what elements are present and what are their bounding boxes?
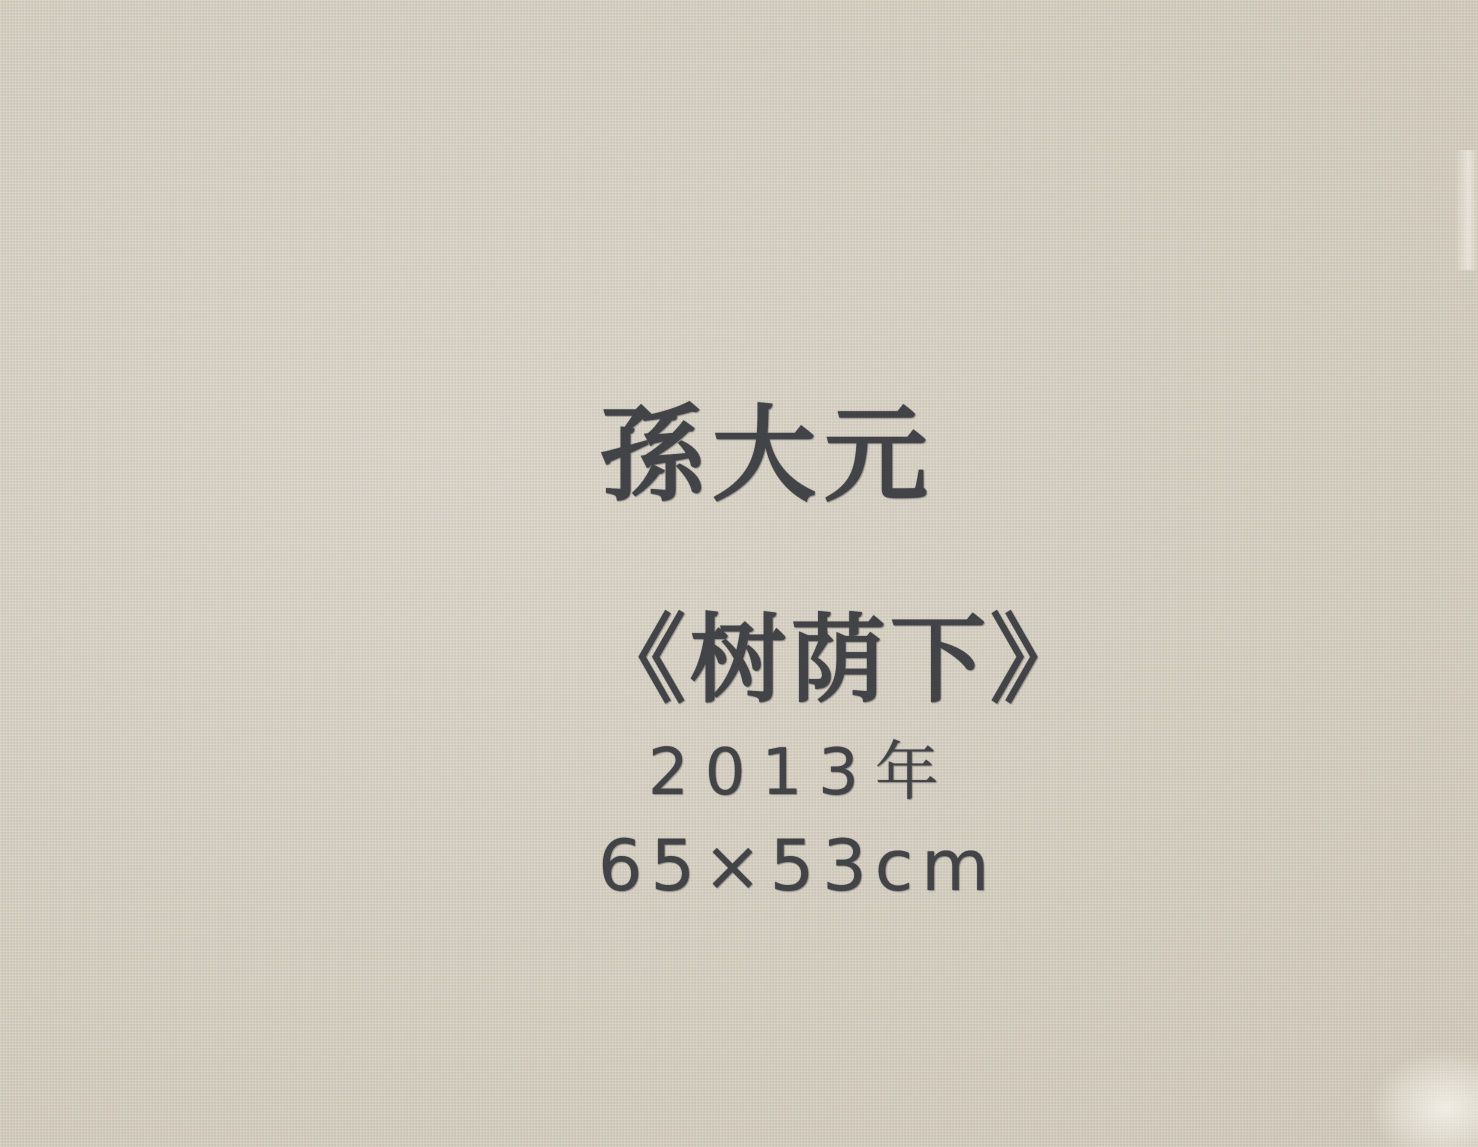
frayed-canvas-corner — [1370, 1050, 1478, 1147]
linen-canvas-back: 孫大元 《树荫下》 2013年 65×53cm — [0, 0, 1478, 1147]
artwork-dimensions: 65×53cm — [598, 821, 997, 911]
artwork-title: 《树荫下》 — [590, 605, 1090, 715]
artist-signature: 孫大元 — [600, 385, 936, 525]
artwork-year: 2013年 — [648, 733, 955, 813]
frayed-thread-edge — [1455, 150, 1478, 270]
